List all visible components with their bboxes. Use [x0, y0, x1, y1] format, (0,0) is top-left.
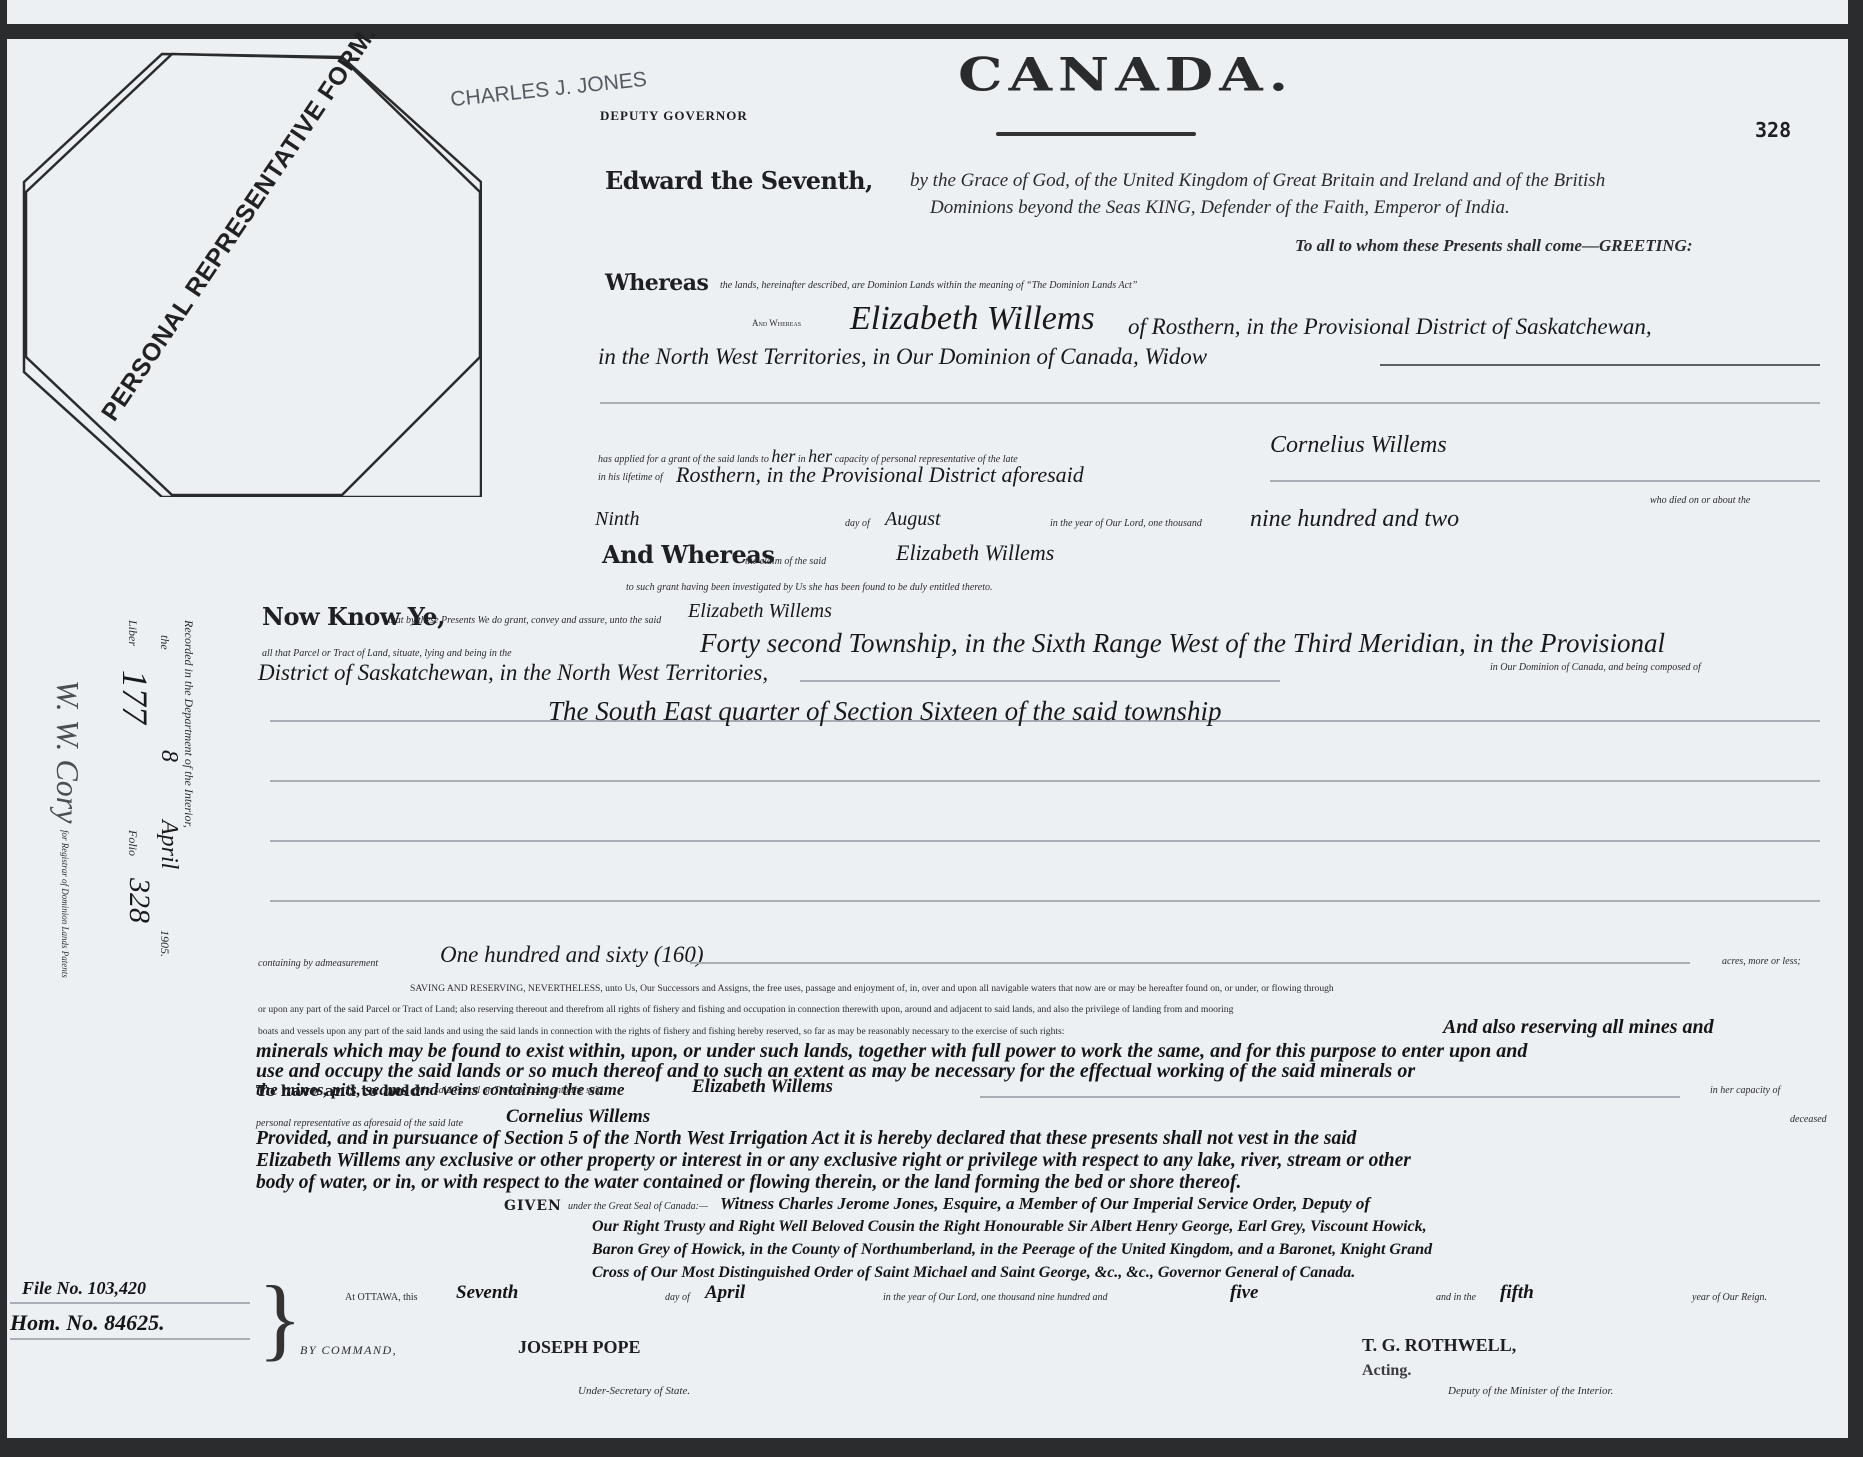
habendum-heading: To have and to hold — [256, 1082, 420, 1100]
secretary-name: JOSEPH POPE — [518, 1337, 641, 1358]
day-of-label: day of — [845, 518, 870, 529]
file-rule — [10, 1302, 250, 1304]
given-line-1: Witness Charles Jerome Jones, Esquire, a… — [720, 1194, 1370, 1214]
greeting: To all to whom these Presents shall come… — [1295, 236, 1692, 256]
proviso-line-3: body of water, or in, or with respect to… — [256, 1172, 1241, 1194]
dating-year: five — [1230, 1282, 1258, 1304]
given-line-4: Cross of Our Most Distinguished Order of… — [592, 1264, 1355, 1282]
and-whereas-label: And Whereas — [752, 318, 801, 328]
reign-label: and in the — [1436, 1292, 1476, 1303]
blank-rule — [690, 962, 1690, 964]
given-heading: GIVEN — [504, 1198, 562, 1214]
given-line-2: Our Right Trusty and Right Well Beloved … — [592, 1218, 1427, 1236]
file-number: File No. 103,420 — [22, 1278, 146, 1299]
ornament-rule — [996, 132, 1196, 136]
dating-place: At OTTAWA, this — [345, 1292, 418, 1303]
reservation-hand-1: And also reserving all mines and — [1443, 1016, 1714, 1039]
dating-year-label: in the year of Our Lord, one thousand ni… — [883, 1292, 1108, 1303]
year-label: in the year of Our Lord, one thousand — [1050, 518, 1202, 529]
grantee-residence: of Rosthern, in the Provisional District… — [1128, 314, 1652, 340]
top-border — [0, 24, 1863, 39]
saving-line-1: SAVING AND RESERVING, NEVERTHELESS, unto… — [410, 983, 1334, 994]
proviso-line-1: Provided, and in pursuance of Section 5 … — [256, 1128, 1356, 1150]
right-border — [1848, 0, 1863, 1457]
and-whereas-text: the claim of the said — [745, 556, 826, 567]
deputy-title: Deputy of the Minister of the Interior. — [1448, 1385, 1613, 1397]
bottom-border — [0, 1438, 1863, 1457]
dominion-text: in Our Dominion of Canada, and being com… — [1490, 662, 1701, 673]
land-patent-document: PERSONAL REPRESENTATIVE FORM. CHARLES J.… — [0, 0, 1863, 1457]
fill-rule — [1380, 364, 1820, 366]
given-line-3: Baron Grey of Howick, in the County of N… — [592, 1241, 1432, 1259]
register-day: 8 — [155, 750, 182, 762]
death-year: nine hundred and two — [1250, 506, 1459, 533]
acreage-value: One hundred and sixty (160) — [440, 942, 704, 968]
lifetime-prefix: in his lifetime of — [598, 472, 663, 483]
parcel-prefix: all that Parcel or Tract of Land, situat… — [262, 648, 512, 659]
stamp-title: DEPUTY GOVERNOR — [600, 108, 748, 124]
sovereign-heading: Edward the Seventh, — [605, 166, 873, 195]
township-text: Forty second Township, in the Sixth Rang… — [700, 628, 1665, 659]
dating-month: April — [705, 1282, 745, 1304]
registrar-signature: W. W. Cory — [49, 680, 86, 823]
preamble-line-2: Dominions beyond the Seas KING, Defender… — [930, 197, 1510, 219]
grant-text: that by these Presents We do grant, conv… — [388, 615, 661, 626]
register-month: April — [155, 820, 182, 869]
country-title: CANADA. — [958, 48, 1294, 102]
homestead-number: Hom. No. 84625. — [10, 1310, 165, 1336]
acreage-suffix: acres, more or less; — [1722, 956, 1801, 967]
preamble-line-1: by the Grace of God, of the United Kingd… — [910, 170, 1605, 192]
dating-day: Seventh — [456, 1282, 518, 1304]
blank-rule — [980, 1096, 1680, 1098]
grant-name: Elizabeth Willems — [688, 600, 832, 623]
grantee-name: Elizabeth Willems — [850, 300, 1095, 338]
grantee-residence-2: in the North West Territories, in Our Do… — [598, 344, 1207, 370]
by-command: BY COMMAND, — [300, 1343, 397, 1358]
death-month: August — [885, 508, 941, 531]
octagon-outline — [22, 52, 482, 497]
district-text: District of Saskatchewan, in the North W… — [258, 660, 768, 686]
habendum-text: the said Parcel or Tract of Land unto th… — [420, 1085, 603, 1096]
deputy-acting: Acting. — [1362, 1362, 1411, 1380]
register-year: 1905. — [157, 930, 172, 957]
left-border — [0, 0, 7, 1457]
deceased-name: Cornelius Willems — [1270, 432, 1447, 459]
land-description: The South East quarter of Section Sixtee… — [548, 696, 1221, 727]
blank-rule — [800, 680, 1280, 682]
reign-suffix: year of Our Reign. — [1692, 1292, 1767, 1303]
blank-rule — [1270, 480, 1820, 482]
whereas-heading: Whereas — [605, 270, 708, 296]
liber-label: Liber — [125, 620, 140, 646]
folio-number: 328 — [122, 878, 156, 923]
blank-rule — [270, 840, 1820, 842]
entitlement-text: to such grant having been investigated b… — [626, 582, 993, 593]
recorded-text: Recorded in the Department of the Interi… — [181, 620, 196, 828]
saving-line-3: boats and vessels upon any part of the s… — [258, 1026, 1064, 1037]
registrar-title: for Registrar of Dominion Lands Patents — [60, 830, 70, 978]
folio-label: Folio — [125, 830, 140, 856]
and-whereas-name: Elizabeth Willems — [896, 540, 1054, 566]
died-label: who died on or about the — [1650, 495, 1750, 506]
habendum-deceased: Cornelius Willems — [506, 1106, 650, 1128]
death-day: Ninth — [595, 508, 639, 531]
deputy-name: T. G. ROTHWELL, — [1362, 1335, 1516, 1356]
deceased-label: deceased — [1790, 1114, 1827, 1125]
secretary-title: Under-Secretary of State. — [578, 1385, 690, 1397]
the-label: the — [157, 635, 172, 650]
habendum-capacity: in her capacity of — [1710, 1085, 1780, 1096]
lifetime-place: Rosthern, in the Provisional District af… — [676, 462, 1084, 488]
blank-rule — [600, 402, 1820, 404]
whereas-text: the lands, hereinafter described, are Do… — [720, 280, 1137, 291]
given-prefix: under the Great Seal of Canada:— — [568, 1201, 708, 1212]
acreage-label: containing by admeasurement — [258, 958, 378, 969]
dating-day-of: day of — [665, 1292, 690, 1303]
brace: } — [258, 1272, 302, 1364]
document-number: 328 — [1755, 118, 1791, 142]
reign-year: fifth — [1500, 1282, 1534, 1304]
proviso-line-2: Elizabeth Willems any exclusive or other… — [256, 1150, 1411, 1172]
saving-line-2: or upon any part of the said Parcel or T… — [258, 1004, 1233, 1015]
blank-rule — [270, 900, 1820, 902]
habendum-name: Elizabeth Willems — [692, 1076, 833, 1098]
liber-number: 177 — [114, 670, 156, 724]
file-rule — [10, 1338, 250, 1340]
blank-rule — [270, 780, 1820, 782]
